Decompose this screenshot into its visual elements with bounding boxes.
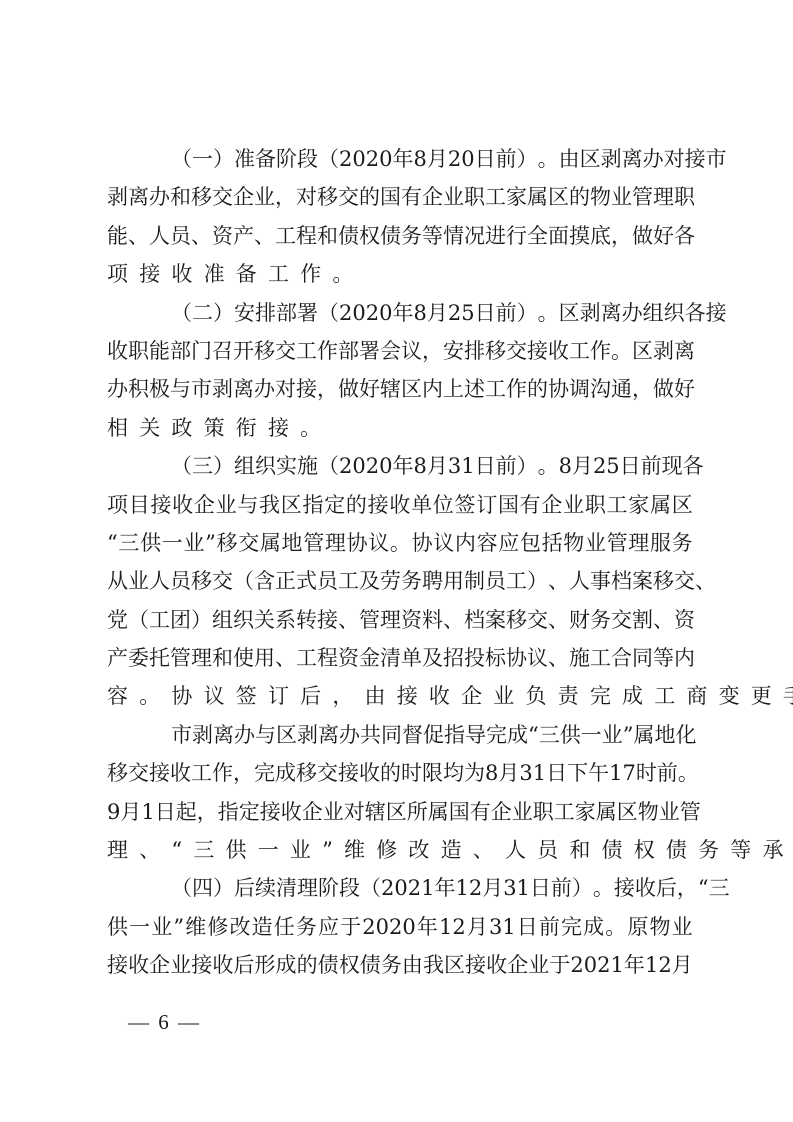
text-line: 移交接收工作，完成移交接收的时限均为8月31日下午17时前。 [107,754,693,792]
text-line: 项接收准备工作。 [107,255,693,293]
text-line: 接收企业接收后形成的债权债务由我区接收企业于2021年12月 [107,946,693,984]
text-line: 收职能部门召开移交工作部署会议，安排移交接收工作。区剥离 [107,332,693,370]
text-line: 能、人员、资产、工程和债权债务等情况进行全面摸底，做好各 [107,217,693,255]
paragraph-stage-3: （三）组织实施（2020年8月31日前）。8月25日前现各 项目接收企业与我区指… [107,447,693,716]
paragraph-supervision: 市剥离办与区剥离办共同督促指导完成“三供一业”属地化 移交接收工作，完成移交接收… [107,716,693,870]
text-line: 供一业”维修改造任务应于2020年12月31日前完成。原物业 [107,908,693,946]
paragraph-stage-4: （四）后续清理阶段（2021年12月31日前）。接收后，“三 供一业”维修改造任… [107,869,693,984]
paragraph-stage-2: （二）安排部署（2020年8月25日前）。区剥离办组织各接 收职能部门召开移交工… [107,294,693,448]
text-line: （一）准备阶段（2020年8月20日前）。由区剥离办对接市 [107,140,693,178]
text-line: 项目接收企业与我区指定的接收单位签订国有企业职工家属区 [107,486,693,524]
text-line: 9月1日起，指定接收企业对辖区所属国有企业职工家属区物业管 [107,793,693,831]
text-line: 容。协议签订后，由接收企业负责完成工商变更手续。 [107,677,693,715]
text-line: 从业人员移交（含正式员工及劳务聘用制员工）、人事档案移交、 [107,562,693,600]
text-line: 办积极与市剥离办对接，做好辖区内上述工作的协调沟通，做好 [107,370,693,408]
text-line: 市剥离办与区剥离办共同督促指导完成“三供一业”属地化 [107,716,693,754]
paragraph-stage-1: （一）准备阶段（2020年8月20日前）。由区剥离办对接市 剥离办和移交企业，对… [107,140,693,294]
text-line: 党（工团）组织关系转接、管理资料、档案移交、财务交割、资 [107,601,693,639]
text-line: （二）安排部署（2020年8月25日前）。区剥离办组织各接 [107,294,693,332]
document-page: （一）准备阶段（2020年8月20日前）。由区剥离办对接市 剥离办和移交企业，对… [107,140,693,985]
text-line: 相关政策衔接。 [107,409,693,447]
text-line: （四）后续清理阶段（2021年12月31日前）。接收后，“三 [107,869,693,907]
text-line: 剥离办和移交企业，对移交的国有企业职工家属区的物业管理职 [107,178,693,216]
page-number: — 6 — [128,1010,201,1035]
text-line: 产委托管理和使用、工程资金清单及招投标协议、施工合同等内 [107,639,693,677]
text-line: “三供一业”移交属地管理协议。协议内容应包括物业管理服务 [107,524,693,562]
text-line: 理、“三供一业”维修改造、人员和债权债务等承担主体责任。 [107,831,693,869]
text-line: （三）组织实施（2020年8月31日前）。8月25日前现各 [107,447,693,485]
